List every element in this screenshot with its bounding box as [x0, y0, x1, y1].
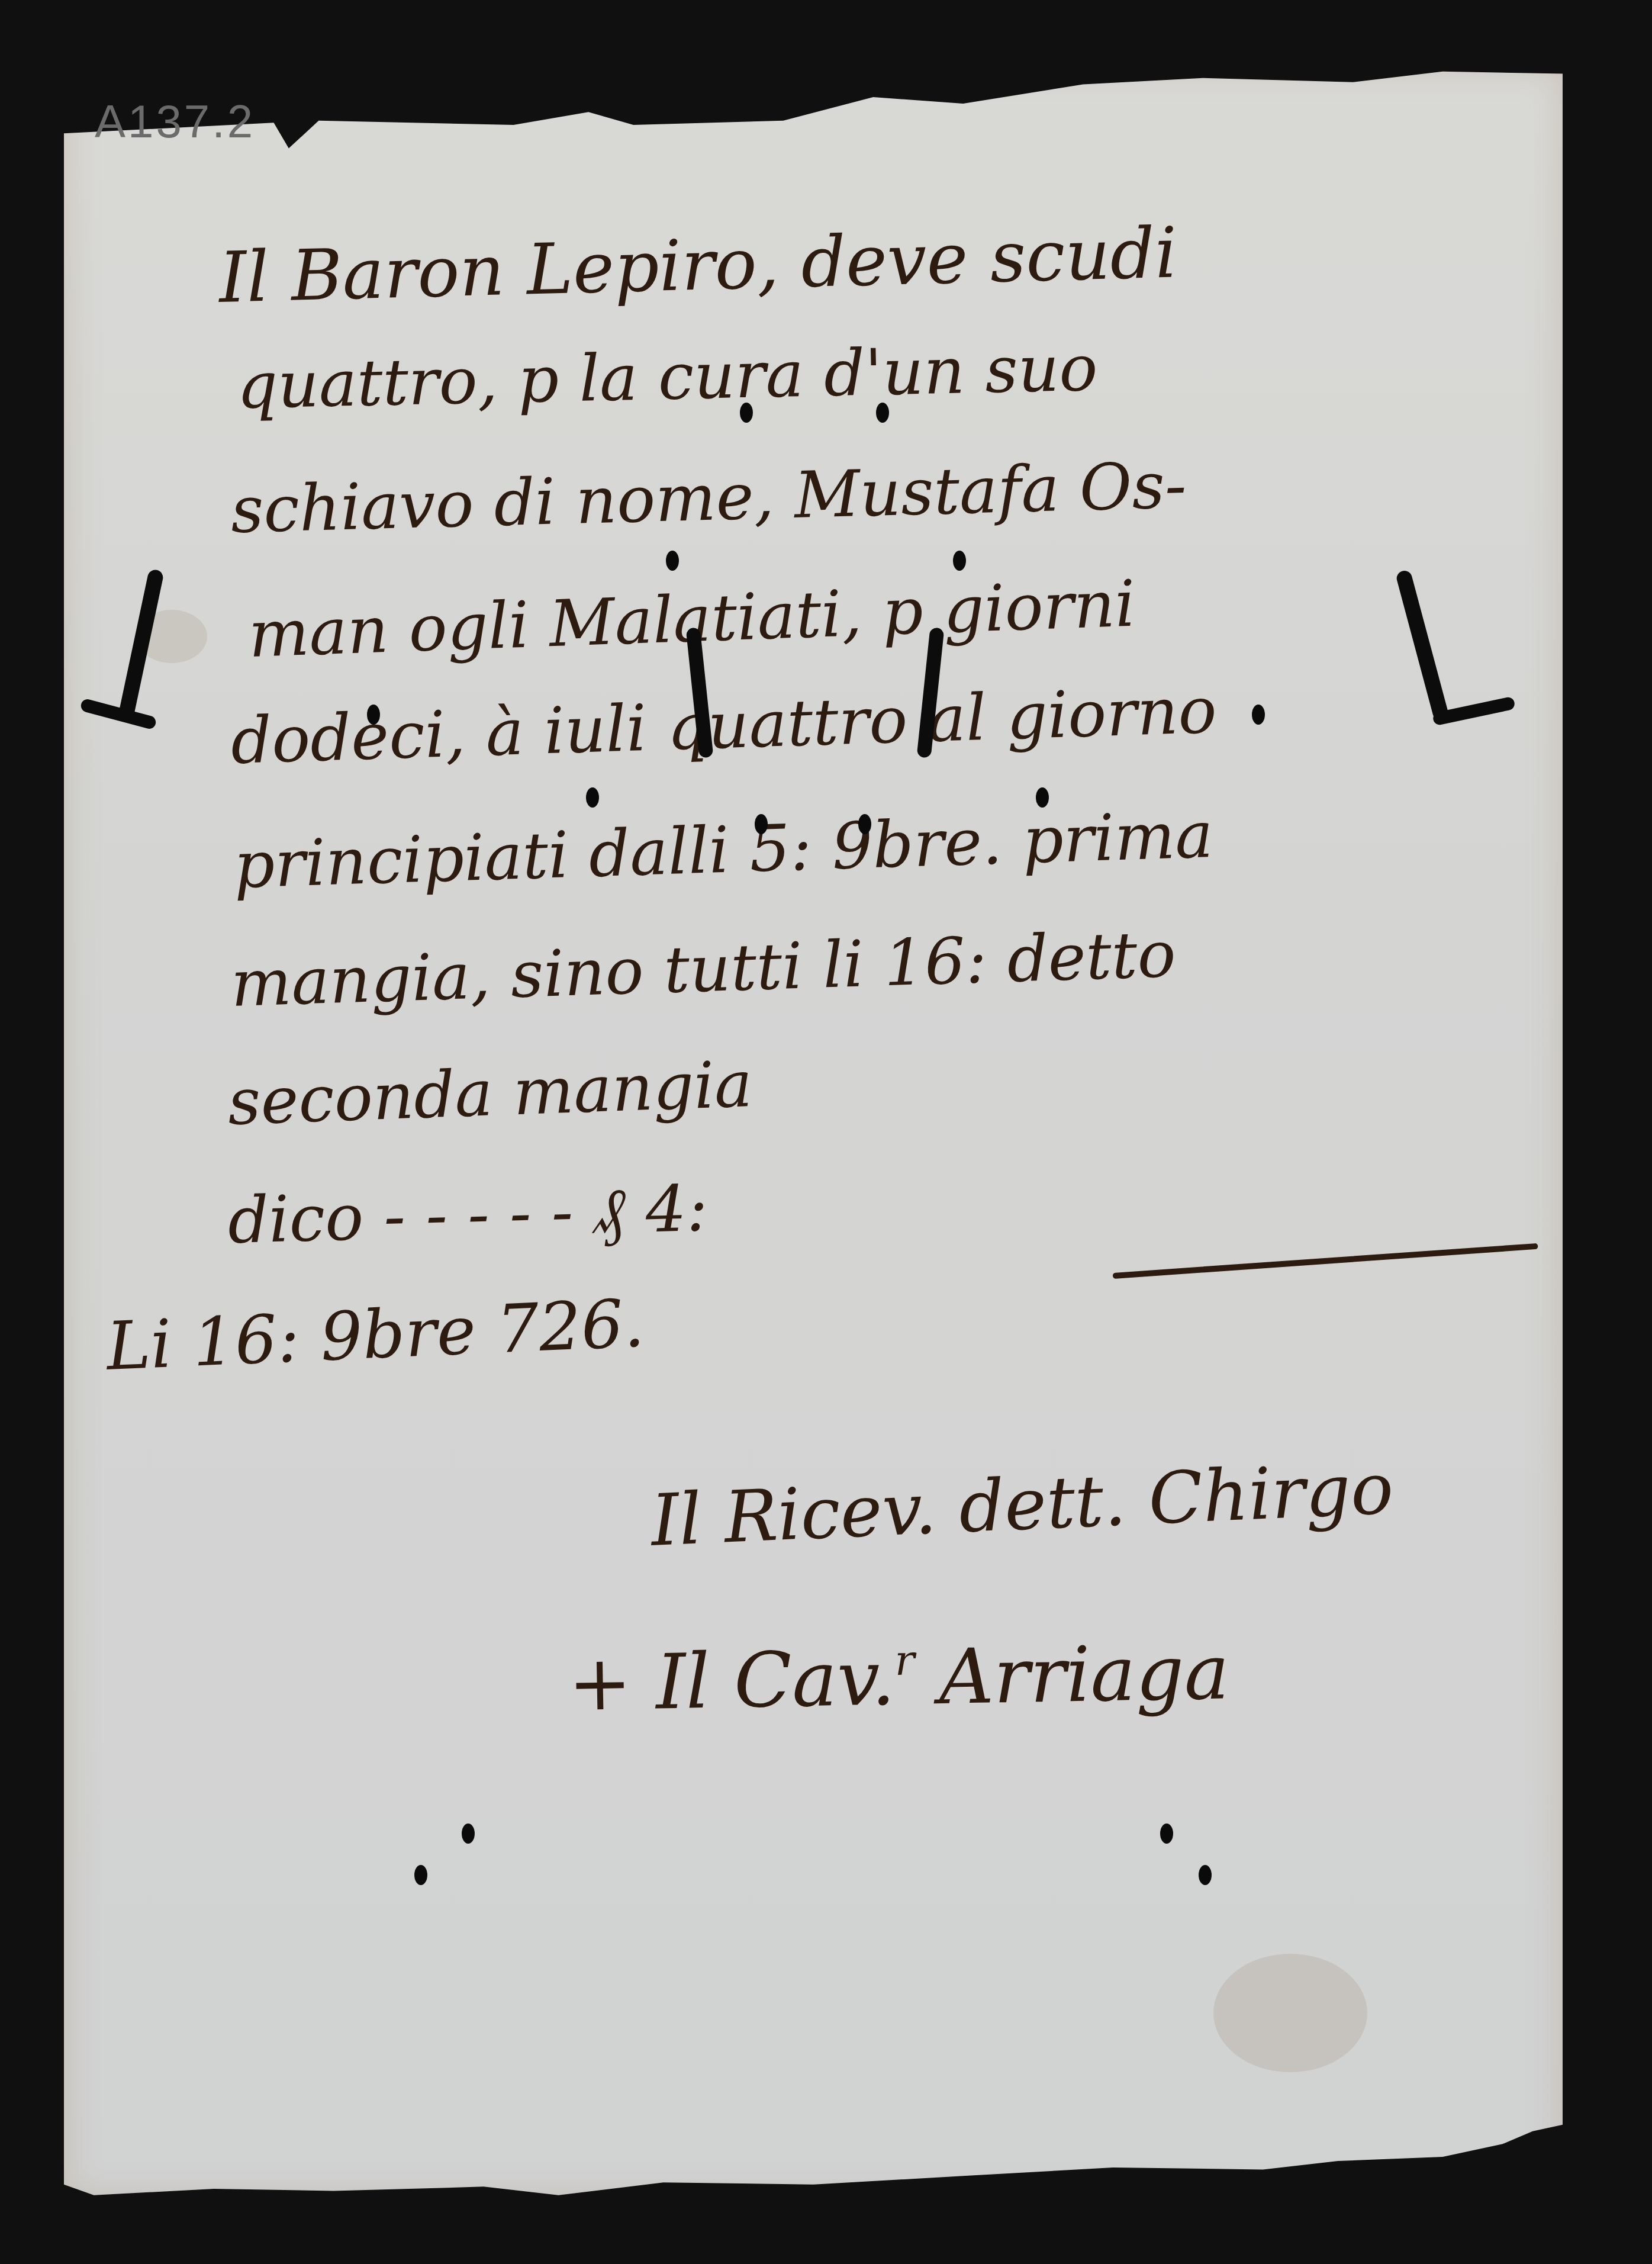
punch-hole: [367, 705, 380, 725]
signature-surname: Arriaga: [938, 1629, 1230, 1722]
punch-hole: [1160, 1824, 1173, 1844]
punch-hole: [1199, 1865, 1212, 1885]
punch-hole: [858, 814, 871, 834]
punch-hole: [462, 1824, 475, 1844]
paper-stain: [1213, 1954, 1367, 2072]
signature-line: + Il Cav.r Arriaga: [568, 1629, 1230, 1728]
signature-title: Il Cav.: [655, 1634, 896, 1726]
punch-hole: [586, 787, 599, 808]
cross-mark: +: [568, 1639, 633, 1728]
punch-hole: [1036, 787, 1049, 808]
punch-hole: [740, 403, 753, 423]
signature-sup: r: [894, 1636, 915, 1686]
punch-hole: [414, 1865, 427, 1885]
text-line-amount: dico - - - - - ₰ 4:: [227, 1172, 709, 1259]
punch-hole: [876, 403, 889, 423]
punch-hole: [953, 551, 966, 571]
punch-hole: [755, 814, 768, 834]
archive-number: A137.2: [95, 95, 255, 149]
punch-hole: [666, 551, 679, 571]
punch-hole: [1252, 705, 1265, 725]
